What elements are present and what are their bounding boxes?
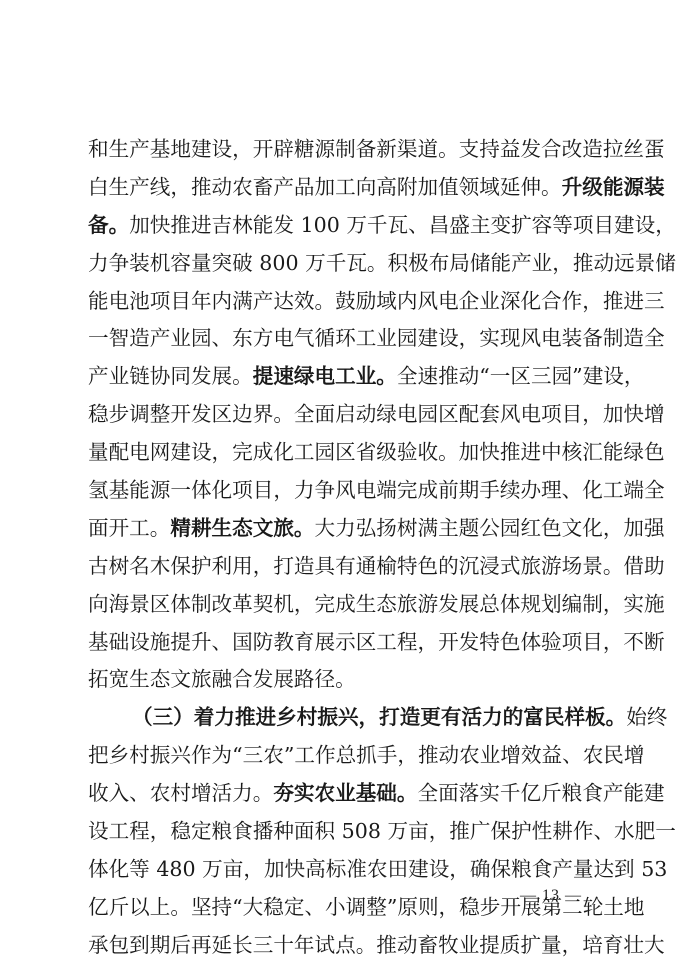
text-line: 力争装机容量突破 800 万千瓦。积极布局储能产业，推动远景储 [88,245,600,283]
text-line: 收入、农村增活力。夯实农业基础。全面落实千亿斤粮食产能建 [88,775,600,813]
text-line: 体化等 480 万亩，加快高标准农田建设，确保粮食产量达到 53 [88,851,600,889]
text-line: 拓宽生态文旅融合发展路径。 [88,661,600,699]
body-text: 和生产基地建设，开辟糖源制备新渠道。支持益发合改造拉丝蛋 白生产线，推动农畜产品… [88,131,600,961]
text-line: 向海景区体制改革契机，完成生态旅游发展总体规划编制，实施 [88,586,600,624]
text-line: 和生产基地建设，开辟糖源制备新渠道。支持益发合改造拉丝蛋 [88,131,600,169]
section-heading-upgrade-energy-equipment: 升级能源装 [562,175,665,199]
text-line: （三）着力推进乡村振兴，打造更有活力的富民样板。始终 [88,699,600,737]
text-line: 稳步调整开发区边界。全面启动绿电园区配套风电项目，加快增 [88,396,600,434]
text-line: 一智造产业园、东方电气循环工业园建设，实现风电装备制造全 [88,320,600,358]
section-heading-agricultural-foundation: 夯实农业基础。 [273,781,417,805]
text-line: 古树名木保护利用，打造具有通榆特色的沉浸式旅游场景。借助 [88,548,600,586]
section-heading-rural-revitalization: （三）着力推进乡村振兴，打造更有活力的富民样板。 [132,705,626,729]
text-line: 氢基能源一体化项目，力争风电端完成前期手续办理、化工端全 [88,472,600,510]
section-heading-green-power-industry: 提速绿电工业。 [253,364,397,388]
document-page: 和生产基地建设，开辟糖源制备新渠道。支持益发合改造拉丝蛋 白生产线，推动农畜产品… [0,0,680,961]
text-line: 产业链协同发展。提速绿电工业。全速推动“一区三园”建设， [88,358,600,396]
text-line: 白生产线，推动农畜产品加工向高附加值领域延伸。升级能源装 [88,169,600,207]
text-line: 把乡村振兴作为“三农”工作总抓手，推动农业增效益、农民增 [88,737,600,775]
text-line: 基础设施提升、国防教育展示区工程，开发特色体验项目，不断 [88,624,600,662]
section-heading-eco-tourism: 精耕生态文旅。 [170,516,314,540]
text-line: 承包到期后再延长三十年试点。推动畜牧业提质扩量，培育壮大 [88,927,600,961]
text-line: 备。加快推进吉林能发 100 万千瓦、昌盛主变扩容等项目建设， [88,207,600,245]
text-line: 面开工。精耕生态文旅。大力弘扬树满主题公园红色文化，加强 [88,510,600,548]
page-number: — 13 — [520,887,620,905]
text-line: 设工程，稳定粮食播种面积 508 万亩，推广保护性耕作、水肥一 [88,813,600,851]
text-line: 能电池项目年内满产达效。鼓励域内风电企业深化合作，推进三 [88,283,600,321]
text-line: 量配电网建设，完成化工园区省级验收。加快推进中核汇能绿色 [88,434,600,472]
